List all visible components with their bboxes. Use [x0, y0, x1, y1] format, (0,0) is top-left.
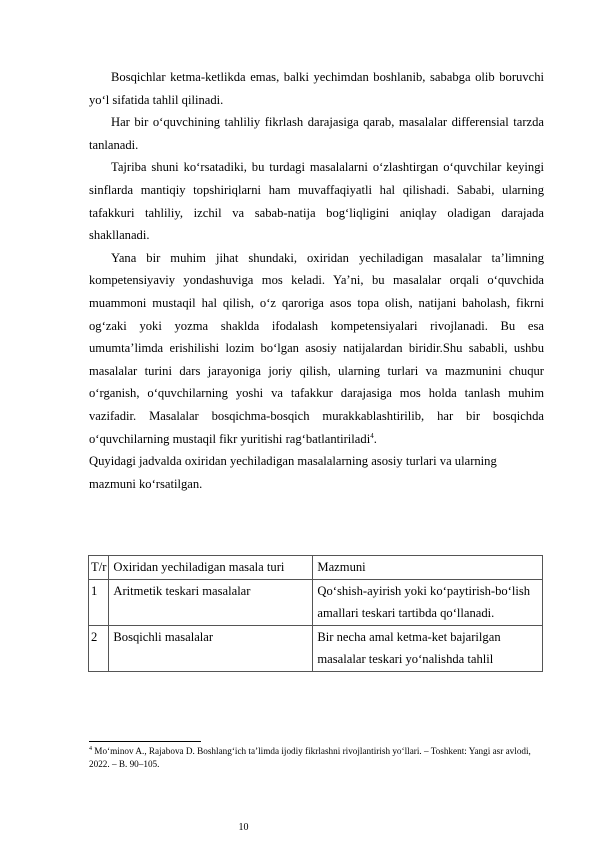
footnote-text: Mo‘minov A., Rajabova D. Boshlang‘ich ta… [89, 746, 531, 769]
row-content: Qo‘shish-ayirish yoki ko‘paytirish-bo‘li… [313, 579, 543, 625]
row-content: Bir necha amal ketma-ket bajarilgan masa… [313, 625, 543, 671]
page-number: 10 [239, 822, 249, 833]
footnote-marker: 4 [89, 746, 92, 752]
document-page: Bosqichlar ketma-ketlikda emas, balki ye… [0, 0, 595, 842]
table-row: 1 Aritmetik teskari masalalar Qo‘shish-a… [89, 579, 543, 625]
body-text: Bosqichlar ketma-ketlikda emas, balki ye… [89, 66, 544, 495]
row-type: Bosqichli masalalar [109, 625, 313, 671]
footnote-reference[interactable]: 4 [370, 431, 374, 439]
paragraph-2: Har bir o‘quvchining tahliliy fikrlash d… [89, 111, 544, 156]
table-intro: Quyidagi jadvalda oxiridan yechiladigan … [89, 450, 509, 495]
header-number: T/r [89, 556, 109, 580]
footnote: 4 Mo‘minov A., Rajabova D. Boshlang‘ich … [89, 745, 549, 771]
row-number: 2 [89, 625, 109, 671]
table-header-row: T/r Oxiridan yechiladigan masala turi Ma… [89, 556, 543, 580]
header-type: Oxiridan yechiladigan masala turi [109, 556, 313, 580]
paragraph-4-text: Yana bir muhim jihat shundaki, oxiridan … [89, 251, 544, 446]
table-row: 2 Bosqichli masalalar Bir necha amal ket… [89, 625, 543, 671]
paragraph-3: Tajriba shuni ko‘rsatadiki, bu turdagi m… [89, 156, 544, 246]
paragraph-4: Yana bir muhim jihat shundaki, oxiridan … [89, 247, 544, 450]
footnote-separator [89, 741, 201, 742]
header-content: Mazmuni [313, 556, 543, 580]
problem-types-table: T/r Oxiridan yechiladigan masala turi Ma… [88, 555, 543, 672]
row-number: 1 [89, 579, 109, 625]
row-type: Aritmetik teskari masalalar [109, 579, 313, 625]
page-number-container: 10 [0, 822, 595, 833]
paragraph-1: Bosqichlar ketma-ketlikda emas, balki ye… [89, 66, 544, 111]
